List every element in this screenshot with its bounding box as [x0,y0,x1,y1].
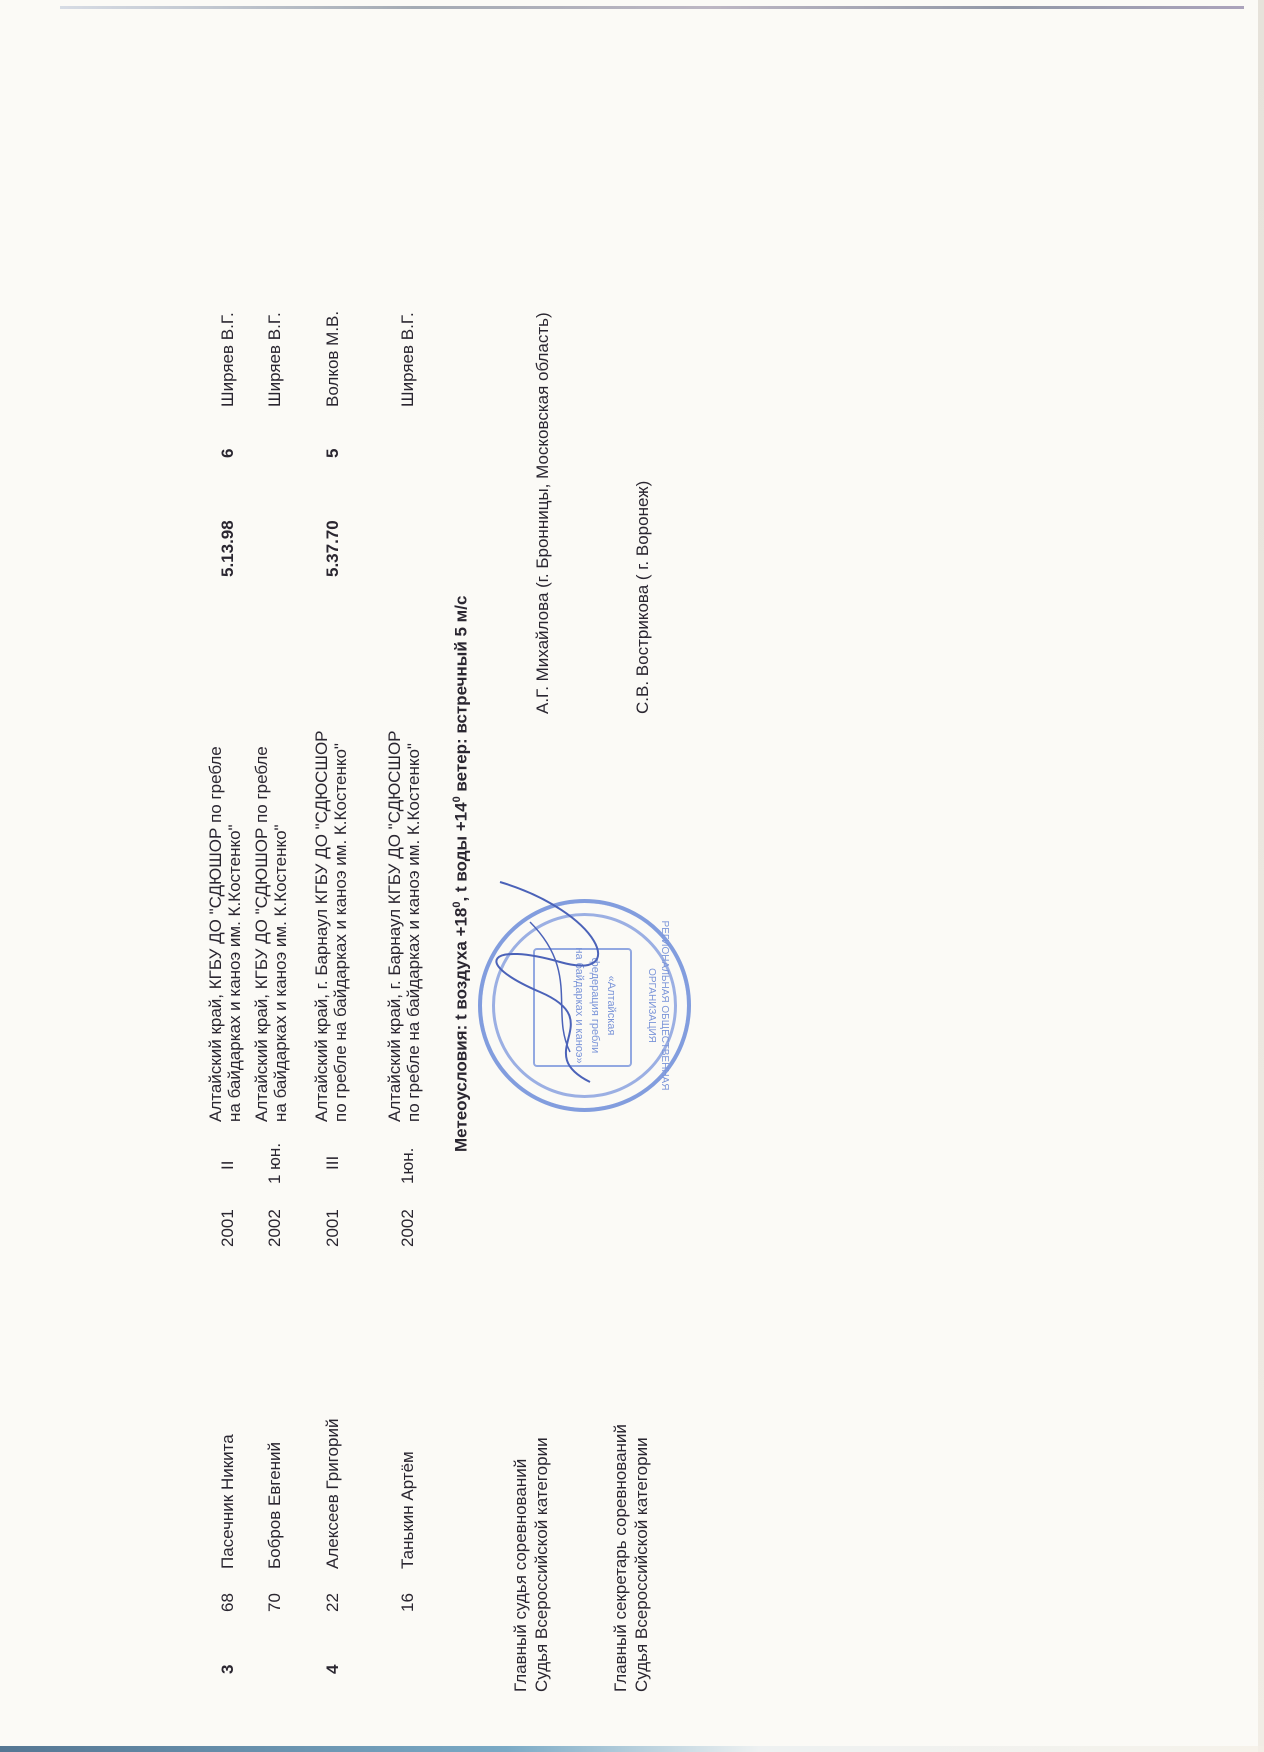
year-cell: 2002 [265,1209,285,1247]
place-cell: 3 [218,1665,238,1674]
chief-secretary-title: Главный секретарь соревнований Судья Все… [610,1424,652,1692]
signature-title: Главный секретарь соревнований [610,1424,631,1692]
year-cell: 2001 [218,1209,238,1247]
points-cell: 6 [218,449,238,458]
name-cell: Танькин Артём [398,1451,418,1569]
org-line: Алтайский край, КГБУ ДО "СДЮШОР по гребл… [206,702,225,1122]
signature-category: Судья Всероссийской категории [631,1424,652,1692]
org-line: Алтайский край, г. Барнаул КГБУ ДО "СДЮС… [385,702,404,1122]
coach-cell: Ширяев В.Г. [265,312,285,407]
chief-secretary-name: С.В. Вострикова ( г. Воронеж) [632,481,653,714]
stamp-ring-text: РЕГИОНАЛЬНАЯ ОБЩЕСТВЕННАЯ ОРГАНИЗАЦИЯ [645,903,671,1108]
rank-cell: 1 юн. [265,1143,285,1184]
meteo-water: , t воды +14 [452,802,471,901]
degree-symbol: 0 [451,902,463,908]
org-cell: Алтайский край, КГБУ ДО "СДЮШОР по гребл… [206,702,244,1122]
org-cell: Алтайский край, КГБУ ДО "СДЮШОР по гребл… [252,702,290,1122]
rank-cell: 1юн. [398,1148,418,1184]
meteo-conditions: Метеоусловия: t воздуха +180, t воды +14… [447,596,472,1152]
rank-cell: II [218,1161,238,1170]
rank-cell: III [323,1156,343,1170]
org-cell: Алтайский край, г. Барнаул КГБУ ДО "СДЮС… [385,702,423,1122]
handwritten-signature [470,852,630,1112]
coach-cell: Волков М.В. [323,311,343,407]
degree-symbol: 0 [451,796,463,802]
meteo-label: Метеоусловия: [452,1025,471,1152]
coach-cell: Ширяев В.Г. [398,312,418,407]
chief-judge-name: А.Г. Михайлова (г. Бронницы, Московская … [532,312,553,714]
signature-title: Главный судья соревнований [510,1437,531,1692]
name-cell: Пасечник Никита [218,1434,238,1569]
org-line: по гребле на байдарках и каноэ им. К.Кос… [331,702,350,1122]
year-cell: 2002 [398,1209,418,1247]
year-cell: 2001 [323,1209,343,1247]
org-line: Алтайский край, КГБУ ДО "СДЮШОР по гребл… [252,702,271,1122]
meteo-wind: ветер: встречный 5 м/с [452,596,471,792]
bib-cell: 16 [398,1593,418,1612]
bib-cell: 70 [265,1593,285,1612]
bib-cell: 22 [323,1593,343,1612]
time-cell: 5.37.70 [323,520,343,577]
place-cell: 4 [323,1665,343,1674]
chief-judge-title: Главный судья соревнований Судья Всеросс… [510,1437,552,1692]
time-cell: 5.13.98 [218,520,238,577]
results-page: 3 68 Пасечник Никита 2001 II Алтайский к… [0,0,1264,1752]
org-line: по гребле на байдарках и каноэ им. К.Кос… [404,702,423,1122]
org-line: на байдарках и каноэ им. К.Костенко" [271,702,290,1122]
name-cell: Алексеев Григорий [323,1419,343,1569]
coach-cell: Ширяев В.Г. [218,312,238,407]
org-cell: Алтайский край, г. Барнаул КГБУ ДО "СДЮС… [312,702,350,1122]
meteo-air: t воздуха +18 [452,908,471,1020]
org-line: Алтайский край, г. Барнаул КГБУ ДО "СДЮС… [312,702,331,1122]
signature-category: Судья Всероссийской категории [531,1437,552,1692]
name-cell: Бобров Евгений [265,1442,285,1569]
org-line: на байдарках и каноэ им. К.Костенко" [225,702,244,1122]
bib-cell: 68 [218,1593,238,1612]
points-cell: 5 [323,449,343,458]
